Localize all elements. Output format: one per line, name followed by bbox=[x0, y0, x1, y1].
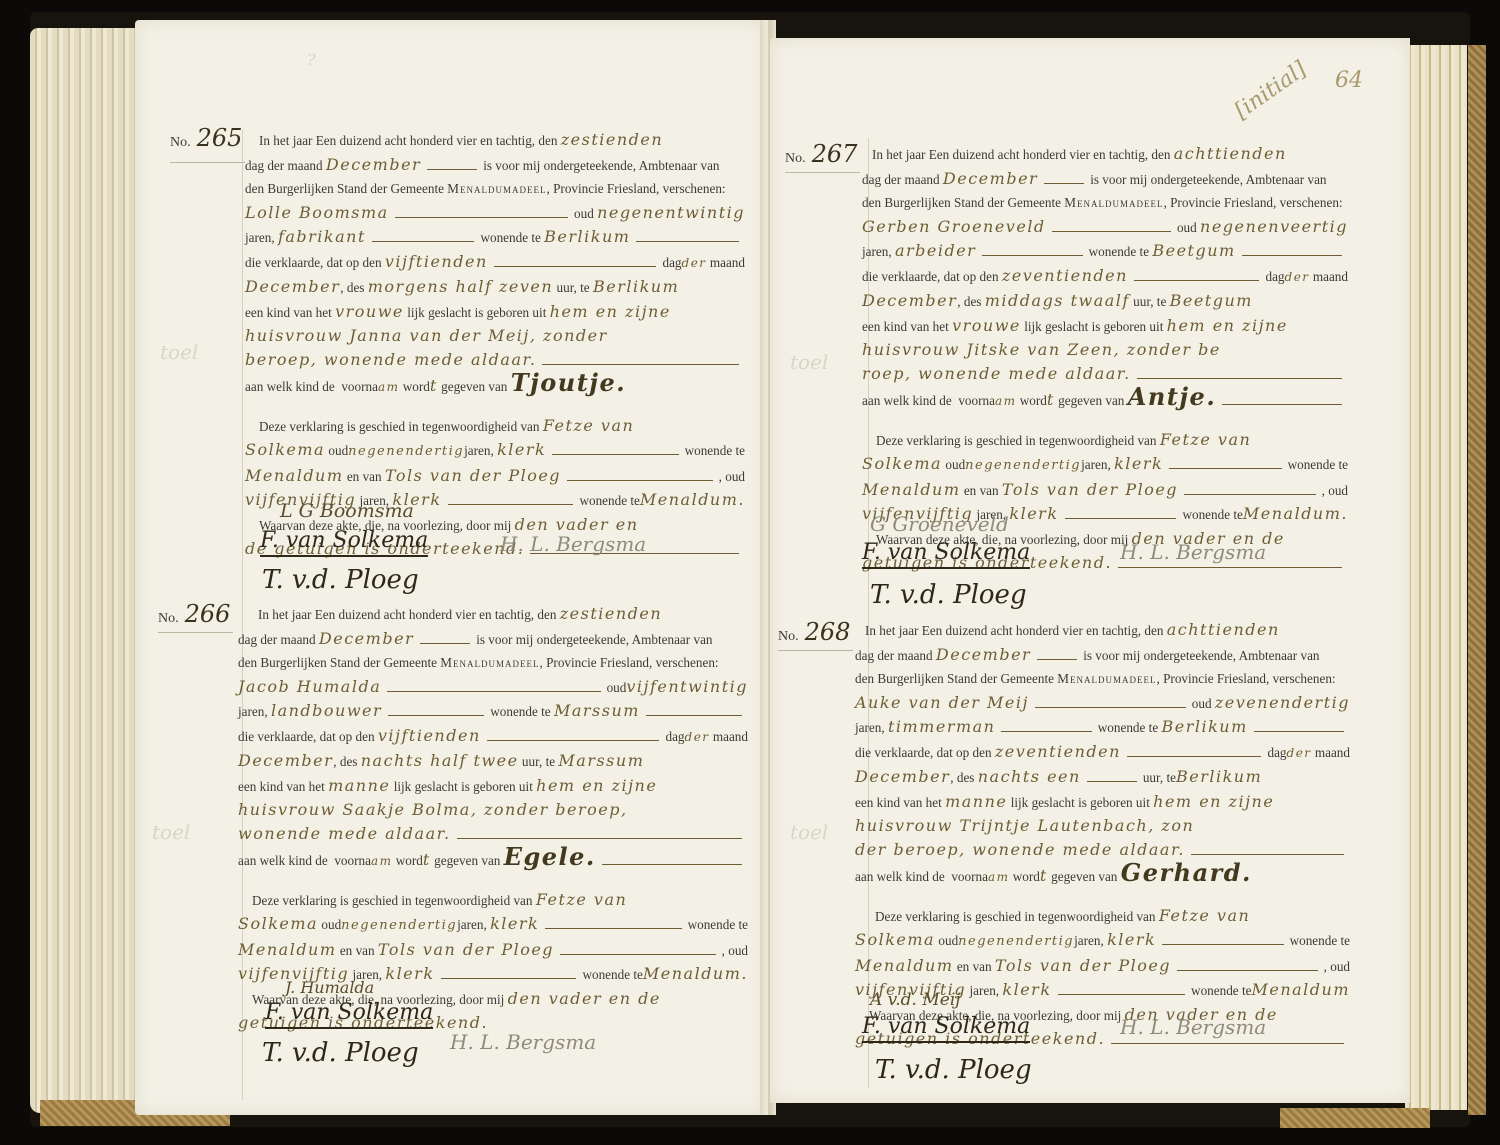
month: December bbox=[319, 627, 414, 651]
printed-text: , oud bbox=[1322, 479, 1348, 503]
printed-text: en van bbox=[347, 465, 382, 489]
birth-month: December bbox=[862, 289, 957, 313]
birth-month: December bbox=[855, 765, 950, 789]
witness2-occupation: klerk bbox=[385, 962, 434, 986]
witness1-occupation: klerk bbox=[1107, 928, 1156, 952]
residence: Berlikum bbox=[544, 225, 630, 249]
entry-number: 265 bbox=[197, 124, 243, 152]
entry-268: In het jaar Een duizend acht honderd vie… bbox=[855, 618, 1350, 1051]
printed-text: dag der maand bbox=[855, 644, 933, 668]
birth-day: zeventienden bbox=[995, 740, 1121, 764]
printed-text: is voor mij ondergeteekende, Ambtenaar v… bbox=[483, 154, 719, 178]
no-prefix: No. bbox=[158, 611, 179, 626]
entry-265: In het jaar Een duizend acht honderd vie… bbox=[245, 128, 745, 561]
witness2-name: Tols van der Ploeg bbox=[1002, 478, 1178, 502]
child-sex: vrouwe bbox=[335, 300, 404, 324]
witness1-first: Fetze van bbox=[543, 414, 635, 438]
mother-line: huisvrouw Saakje Bolma, zonder beroep, bbox=[238, 798, 628, 822]
witness1-first: Fetze van bbox=[1159, 904, 1251, 928]
printed-text: , oud bbox=[722, 939, 748, 963]
printed-text: voorna bbox=[334, 849, 371, 873]
child-sex: manne bbox=[945, 790, 1007, 814]
witness1-age: negenendertig bbox=[965, 454, 1081, 478]
printed-text: die verklaarde, dat op den bbox=[245, 251, 382, 275]
witness1-age: negenendertig bbox=[348, 440, 464, 464]
signature-witness2: T. v.d. Ploeg bbox=[875, 1055, 1032, 1085]
handwritten-suffix: t bbox=[430, 374, 438, 398]
witness1-last: Solkema bbox=[862, 452, 942, 476]
signature-witness2: T. v.d. Ploeg bbox=[870, 580, 1027, 610]
residence: Beetgum bbox=[1152, 239, 1235, 263]
printed-text: lijk geslacht is geboren uit bbox=[394, 775, 533, 799]
handwritten-suffix: der bbox=[1285, 266, 1310, 290]
printed-text: oud bbox=[574, 202, 594, 226]
witness1-occupation: klerk bbox=[1114, 452, 1163, 476]
printed-text: , des bbox=[333, 750, 357, 774]
witness2-residence: Menaldum. bbox=[643, 962, 748, 986]
birth-month: December bbox=[238, 749, 333, 773]
witness2-occupation: klerk bbox=[1002, 978, 1051, 1002]
printed-text: gegeven van bbox=[434, 849, 500, 873]
printed-text: lijk geslacht is geboren uit bbox=[1011, 791, 1150, 815]
number-underline bbox=[158, 632, 233, 633]
signature-registrar: H. L. Bergsma bbox=[500, 532, 646, 556]
entry-number: 268 bbox=[805, 618, 851, 646]
residence-line: roep, wonende mede aldaar. bbox=[862, 362, 1131, 386]
right-page-edges bbox=[1405, 45, 1467, 1110]
residence-line: wonende mede aldaar. bbox=[238, 822, 451, 846]
occupation: arbeider bbox=[895, 239, 976, 263]
occupation: fabrikant bbox=[278, 225, 366, 249]
printed-text: wonende te bbox=[1290, 929, 1350, 953]
printed-text: jaren, bbox=[1081, 453, 1111, 477]
witness1-age: negenendertig bbox=[341, 914, 457, 938]
entry-number: 266 bbox=[185, 600, 231, 628]
left-page-edges bbox=[30, 28, 140, 1113]
printed-text: den Burgerlijken Stand der Gemeente bbox=[238, 651, 437, 675]
entry-number-label: No.267 bbox=[785, 140, 857, 168]
entry-number-label: No.265 bbox=[170, 124, 242, 152]
declarant-name: Lolle Boomsma bbox=[245, 201, 389, 225]
printed-text: uur, te bbox=[522, 750, 555, 774]
printed-text: dag der maand bbox=[245, 154, 323, 178]
birth-month: December bbox=[245, 275, 340, 299]
printed-text: jaren, bbox=[245, 226, 275, 250]
printed-text: en van bbox=[964, 479, 999, 503]
parents-text: hem en zijne bbox=[1167, 314, 1288, 338]
printed-text: dag der maand bbox=[238, 628, 316, 652]
printed-text: Deze verklaring is geschied in tegenwoor… bbox=[875, 905, 1156, 929]
printed-text: is voor mij ondergeteekende, Ambtenaar v… bbox=[1083, 644, 1319, 668]
printed-text: lijk geslacht is geboren uit bbox=[1024, 315, 1163, 339]
handwritten-suffix: der bbox=[1287, 742, 1312, 766]
margin-note: toel bbox=[790, 820, 828, 844]
printed-text: jaren, bbox=[969, 979, 999, 1003]
residence-line: beroep, wonende mede aldaar. bbox=[245, 348, 536, 372]
printed-text: die verklaarde, dat op den bbox=[855, 741, 992, 765]
child-name: Gerhard. bbox=[1121, 861, 1252, 885]
printed-text: wonende te bbox=[1098, 716, 1158, 740]
signature-registrar: H. L. Bergsma bbox=[1120, 1015, 1266, 1039]
printed-text: word bbox=[403, 375, 430, 399]
time-of-day: morgens half zeven bbox=[368, 275, 553, 299]
printed-text: uur, te bbox=[557, 276, 590, 300]
margin-note: toel bbox=[152, 820, 190, 844]
printed-text: word bbox=[396, 849, 423, 873]
municipality: Menaldumadeel bbox=[1057, 667, 1156, 691]
printed-text: , oud bbox=[719, 465, 745, 489]
mother-line: huisvrouw Trijntje Lautenbach, zon bbox=[855, 814, 1194, 838]
printed-text: oud bbox=[328, 439, 348, 463]
residence: Marssum bbox=[554, 699, 640, 723]
child-name: Egele. bbox=[504, 845, 596, 869]
printed-text: oud bbox=[1192, 692, 1212, 716]
entry-266: In het jaar Een duizend acht honderd vie… bbox=[238, 602, 748, 1035]
entry-number: 267 bbox=[812, 140, 858, 168]
printed-text: aan welk kind de bbox=[855, 865, 945, 889]
printed-text: , oud bbox=[1324, 955, 1350, 979]
printed-text: Deze verklaring is geschied in tegenwoor… bbox=[252, 889, 533, 913]
printed-text: die verklaarde, dat op den bbox=[862, 265, 999, 289]
birth-day: vijftienden bbox=[378, 724, 481, 748]
time-of-day: nachts half twee bbox=[361, 749, 519, 773]
printed-text: Deze verklaring is geschied in tegenwoor… bbox=[259, 415, 540, 439]
child-name: Tjoutje. bbox=[511, 371, 626, 395]
time-of-day: nachts een bbox=[978, 765, 1081, 789]
number-underline bbox=[170, 162, 245, 163]
registration-day: achttienden bbox=[1167, 618, 1280, 642]
printed-text: maand bbox=[1315, 741, 1350, 765]
entry-number-label: No.266 bbox=[158, 600, 230, 628]
number-underline bbox=[778, 650, 853, 651]
printed-text: , des bbox=[340, 276, 364, 300]
printed-text: maand bbox=[1313, 265, 1348, 289]
no-prefix: No. bbox=[785, 151, 806, 166]
signature-witness1: F. van Solkema bbox=[260, 528, 428, 557]
printed-text: aan welk kind de bbox=[862, 389, 952, 413]
witness2-name: Tols van der Ploeg bbox=[385, 464, 561, 488]
declarant-name: Auke van der Meij bbox=[855, 691, 1029, 715]
signature-father: G Groeneveld bbox=[870, 512, 1009, 536]
printed-text: wonende te bbox=[1288, 453, 1348, 477]
printed-text: uur, te bbox=[1143, 766, 1176, 790]
parents-text: hem en zijne bbox=[1153, 790, 1274, 814]
printed-text: gegeven van bbox=[441, 375, 507, 399]
declarant-name: Jacob Humalda bbox=[238, 675, 381, 699]
printed-text: dag bbox=[1265, 265, 1284, 289]
month: December bbox=[943, 167, 1038, 191]
printed-text: In het jaar Een duizend acht honderd vie… bbox=[258, 603, 556, 627]
witness2-residence: Menaldum bbox=[1251, 978, 1350, 1002]
printed-text: Deze verklaring is geschied in tegenwoor… bbox=[876, 429, 1157, 453]
printed-text: , Provincie Friesland, verschenen: bbox=[540, 651, 719, 675]
witness2-residence: Menaldum. bbox=[1243, 502, 1348, 526]
municipality: Menaldumadeel bbox=[440, 651, 539, 675]
witness1-last: Solkema bbox=[245, 438, 325, 462]
printed-text: word bbox=[1020, 389, 1047, 413]
printed-text: voorna bbox=[958, 389, 995, 413]
printed-text: wonende te bbox=[1089, 240, 1149, 264]
printed-text: voorna bbox=[951, 865, 988, 889]
handwritten-suffix: am bbox=[988, 866, 1010, 890]
printed-text: oud bbox=[945, 453, 965, 477]
margin-note: toel bbox=[160, 340, 198, 364]
signature-witness1: F. van Solkema bbox=[265, 1000, 433, 1029]
month: December bbox=[326, 153, 421, 177]
printed-text: oud bbox=[607, 676, 627, 700]
printed-text: oud bbox=[1177, 216, 1197, 240]
printed-text: wonende te bbox=[579, 489, 639, 513]
printed-text: dag der maand bbox=[862, 168, 940, 192]
printed-text: maand bbox=[710, 251, 745, 275]
handwritten-suffix: t bbox=[1047, 388, 1055, 412]
printed-text: , Provincie Friesland, verschenen: bbox=[547, 177, 726, 201]
declarant-age: vijfentwintig bbox=[626, 675, 748, 699]
printed-text: lijk geslacht is geboren uit bbox=[407, 301, 546, 325]
occupation: timmerman bbox=[888, 715, 996, 739]
witness1-occupation: klerk bbox=[497, 438, 546, 462]
printed-text: maand bbox=[713, 725, 748, 749]
signature-witness2: T. v.d. Ploeg bbox=[262, 1038, 419, 1068]
signature-registrar: H. L. Bergsma bbox=[1120, 540, 1266, 564]
printed-text: , des bbox=[950, 766, 974, 790]
printed-text: wonende te bbox=[688, 913, 748, 937]
birth-day: zeventienden bbox=[1002, 264, 1128, 288]
printed-text: jaren, bbox=[464, 439, 494, 463]
printed-text: een kind van het bbox=[862, 315, 949, 339]
witness1-first: Fetze van bbox=[1160, 428, 1252, 452]
parents-text: hem en zijne bbox=[536, 774, 657, 798]
printed-text: jaren, bbox=[862, 240, 892, 264]
printed-text: In het jaar Een duizend acht honderd vie… bbox=[872, 143, 1170, 167]
witness1-age: negenendertig bbox=[958, 930, 1074, 954]
parents-text: hem en zijne bbox=[550, 300, 671, 324]
printed-text: , Provincie Friesland, verschenen: bbox=[1157, 667, 1336, 691]
printed-text: aan welk kind de bbox=[245, 375, 335, 399]
mother-line: huisvrouw Janna van der Meij, zonder bbox=[245, 324, 608, 348]
declarant-age: negenenveertig bbox=[1200, 215, 1348, 239]
birth-place: Berlikum bbox=[1176, 765, 1262, 789]
witness2-residence: Menaldum. bbox=[640, 488, 745, 512]
declarant-age: zevenendertig bbox=[1215, 691, 1350, 715]
cloth-binding-right bbox=[1468, 45, 1486, 1115]
child-name: Antje. bbox=[1128, 385, 1216, 409]
birth-place: Beetgum bbox=[1170, 289, 1253, 313]
number-underline bbox=[785, 172, 860, 173]
witness1-occupation: klerk bbox=[490, 912, 539, 936]
printed-text: een kind van het bbox=[245, 301, 332, 325]
printed-text: die verklaarde, dat op den bbox=[238, 725, 375, 749]
handwritten-suffix: am bbox=[371, 850, 393, 874]
printed-text: word bbox=[1013, 865, 1040, 889]
printed-text: wonende te bbox=[490, 700, 550, 724]
signed-by: den vader en de bbox=[508, 987, 661, 1011]
printed-text: is voor mij ondergeteekende, Ambtenaar v… bbox=[476, 628, 712, 652]
entry-267: In het jaar Een duizend acht honderd vie… bbox=[862, 142, 1348, 575]
folio-number: 64 bbox=[1335, 68, 1363, 93]
handwritten-suffix: am bbox=[995, 390, 1017, 414]
printed-text: dag bbox=[1267, 741, 1286, 765]
witness1-last: Solkema bbox=[855, 928, 935, 952]
child-sex: manne bbox=[328, 774, 390, 798]
signature-witness1: F. van Solkema bbox=[862, 540, 1030, 569]
declarant-age: negenentwintig bbox=[597, 201, 745, 225]
birth-place: Marssum bbox=[558, 749, 644, 773]
printed-text: aan welk kind de bbox=[238, 849, 328, 873]
printed-text: wonende te bbox=[480, 226, 540, 250]
printed-text: jaren, bbox=[238, 700, 268, 724]
birth-day: vijftienden bbox=[385, 250, 488, 274]
printed-text: , Provincie Friesland, verschenen: bbox=[1164, 191, 1343, 215]
no-prefix: No. bbox=[170, 135, 191, 150]
mother-line: huisvrouw Jitske van Zeen, zonder be bbox=[862, 338, 1221, 362]
handwritten-suffix: t bbox=[1040, 864, 1048, 888]
registration-day: zestienden bbox=[561, 128, 663, 152]
witness1-residence: Menaldum bbox=[855, 954, 954, 978]
handwritten-suffix: der bbox=[682, 252, 707, 276]
printed-text: den Burgerlijken Stand der Gemeente bbox=[862, 191, 1061, 215]
registration-day: zestienden bbox=[560, 602, 662, 626]
handwritten-suffix: t bbox=[423, 848, 431, 872]
printed-text: oud bbox=[321, 913, 341, 937]
printed-text: In het jaar Een duizend acht honderd vie… bbox=[259, 129, 557, 153]
registration-day: achttienden bbox=[1174, 142, 1287, 166]
printed-text: een kind van het bbox=[238, 775, 325, 799]
signature-father: J. Humalda bbox=[285, 978, 374, 997]
handwritten-suffix: am bbox=[378, 376, 400, 400]
time-of-day: middags twaalf bbox=[985, 289, 1130, 313]
signature-father: A v.d. Meij bbox=[870, 990, 961, 1010]
margin-note: toel bbox=[790, 350, 828, 374]
printed-text: gegeven van bbox=[1058, 389, 1124, 413]
child-sex: vrouwe bbox=[952, 314, 1021, 338]
witness2-name: Tols van der Ploeg bbox=[995, 954, 1171, 978]
municipality: Menaldumadeel bbox=[1064, 191, 1163, 215]
printed-text: In het jaar Een duizend acht honderd vie… bbox=[865, 619, 1163, 643]
witness1-last: Solkema bbox=[238, 912, 318, 936]
printed-text: een kind van het bbox=[855, 791, 942, 815]
handwritten-suffix: der bbox=[685, 726, 710, 750]
printed-text: is voor mij ondergeteekende, Ambtenaar v… bbox=[1090, 168, 1326, 192]
printed-text: wonende te bbox=[685, 439, 745, 463]
printed-text: uur, te bbox=[1133, 290, 1166, 314]
printed-text: dag bbox=[665, 725, 684, 749]
witness2-name: Tols van der Ploeg bbox=[378, 938, 554, 962]
printed-text: , des bbox=[957, 290, 981, 314]
residence: Berlikum bbox=[1161, 715, 1247, 739]
printed-text: wonende te bbox=[1191, 979, 1251, 1003]
folio-scrawl: [initial] bbox=[1230, 57, 1311, 124]
printed-text: jaren, bbox=[1074, 929, 1104, 953]
witness1-residence: Menaldum bbox=[862, 478, 961, 502]
signature-witness1: F. van Solkema bbox=[862, 1014, 1030, 1043]
printed-text: den Burgerlijken Stand der Gemeente bbox=[855, 667, 1054, 691]
no-prefix: No. bbox=[778, 629, 799, 644]
signature-father: L G Boomsma bbox=[280, 500, 414, 522]
printed-text: wonende te bbox=[1182, 503, 1242, 527]
witness1-first: Fetze van bbox=[536, 888, 628, 912]
pencil-mark: ? bbox=[307, 50, 316, 69]
printed-text: wonende te bbox=[582, 963, 642, 987]
printed-text: voorna bbox=[341, 375, 378, 399]
month: December bbox=[936, 643, 1031, 667]
signature-registrar: H. L. Bergsma bbox=[450, 1030, 596, 1054]
printed-text: gegeven van bbox=[1051, 865, 1117, 889]
witness1-residence: Menaldum bbox=[238, 938, 337, 962]
printed-text: dag bbox=[662, 251, 681, 275]
witness1-residence: Menaldum bbox=[245, 464, 344, 488]
printed-text: oud bbox=[938, 929, 958, 953]
municipality: Menaldumadeel bbox=[447, 177, 546, 201]
printed-text: en van bbox=[957, 955, 992, 979]
entry-number-label: No.268 bbox=[778, 618, 850, 646]
printed-text: en van bbox=[340, 939, 375, 963]
printed-text: jaren, bbox=[855, 716, 885, 740]
printed-text: den Burgerlijken Stand der Gemeente bbox=[245, 177, 444, 201]
declarant-name: Gerben Groeneveld bbox=[862, 215, 1046, 239]
cloth-binding-bottom-right bbox=[1280, 1108, 1430, 1128]
birth-place: Berlikum bbox=[593, 275, 679, 299]
occupation: landbouwer bbox=[271, 699, 382, 723]
printed-text: jaren, bbox=[457, 913, 487, 937]
witness2-occupation: klerk bbox=[1009, 502, 1058, 526]
signature-witness2: T. v.d. Ploeg bbox=[262, 565, 419, 595]
